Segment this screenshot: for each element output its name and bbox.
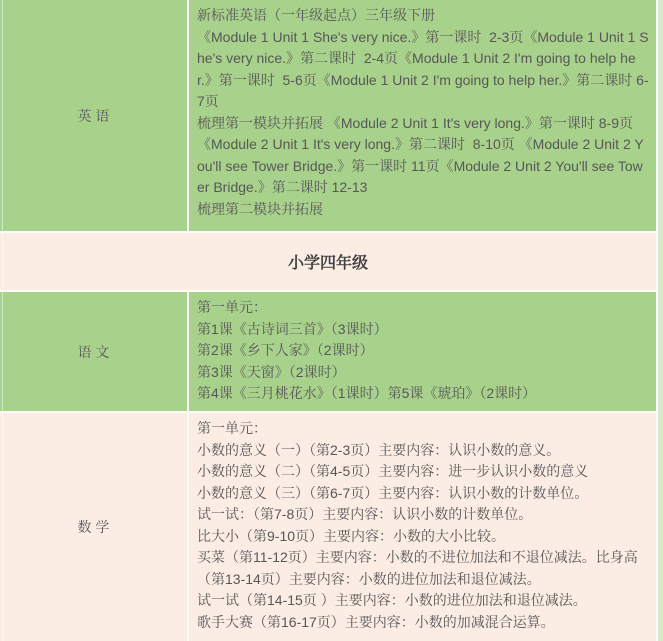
- subject-row-math: 数 学 第一单元： 小数的意义（一）（第2-3页）主要内容：认识小数的意义。 小…: [0, 413, 656, 641]
- curriculum-table: 英 语 新标准英语（一年级起点）三年级下册 《Module 1 Unit 1 S…: [0, 0, 656, 641]
- english-paragraph: 梳理第一模块并拓展 《Module 2 Unit 1 It's very lon…: [197, 113, 650, 199]
- math-paragraph: 小数的意义（一）（第2-3页）主要内容：认识小数的意义。: [197, 440, 650, 462]
- chinese-paragraph: 第一单元：: [197, 297, 650, 319]
- subject-label-chinese-text: 语 文: [78, 342, 110, 362]
- subject-label-math: 数 学: [0, 413, 189, 641]
- subject-label-math-text: 数 学: [78, 517, 110, 537]
- table-right-border: [656, 0, 663, 641]
- math-paragraph: 小数的意义（三）（第6-7页）主要内容：认识小数的计数单位。: [197, 483, 650, 505]
- grade-header-title: 小学四年级: [288, 250, 368, 273]
- math-paragraph: 歌手大赛（第16-17页）主要内容：小数的加减混合运算。: [197, 612, 650, 634]
- subject-content-english: 新标准英语（一年级起点）三年级下册 《Module 1 Unit 1 She's…: [189, 0, 656, 231]
- chinese-paragraph: 第1课《古诗词三首》（3课时）: [197, 319, 650, 341]
- subject-content-chinese: 第一单元： 第1课《古诗词三首》（3课时） 第2课《乡下人家》（2课时） 第3课…: [189, 292, 656, 411]
- english-paragraph: 梳理第二模块并拓展: [197, 199, 650, 221]
- table-left-hairline: [2, 0, 3, 641]
- math-paragraph: 小数的意义（二）（第4-5页）主要内容：进一步认识小数的意义: [197, 461, 650, 483]
- subject-row-chinese: 语 文 第一单元： 第1课《古诗词三首》（3课时） 第2课《乡下人家》（2课时）…: [0, 292, 656, 413]
- math-paragraph: 买菜（第11-12页）主要内容：小数的不进位加法和不退位减法。比身高（第13-1…: [197, 547, 650, 590]
- math-paragraph: 比大小（第9-10页）主要内容：小数的大小比较。: [197, 526, 650, 548]
- subject-label-chinese: 语 文: [0, 292, 189, 411]
- subject-label-english-text: 英 语: [78, 106, 110, 126]
- math-paragraph: 试一试（第14-15页 ）主要内容：小数的进位加法和退位减法。: [197, 590, 650, 612]
- chinese-paragraph: 第3课《天窗》（2课时）: [197, 362, 650, 384]
- english-paragraph: 《Module 1 Unit 1 She's very nice.》第一课时 2…: [197, 27, 650, 113]
- grade-header-band: 小学四年级: [0, 233, 656, 292]
- math-paragraph: 试一试：（第7-8页）主要内容：认识小数的计数单位。: [197, 504, 650, 526]
- chinese-paragraph: 第4课《三月桃花水》（1课时）第5课《琥珀》（2课时）: [197, 383, 650, 405]
- subject-label-english: 英 语: [0, 0, 189, 231]
- chinese-paragraph: 第2课《乡下人家》（2课时）: [197, 340, 650, 362]
- subject-content-math: 第一单元： 小数的意义（一）（第2-3页）主要内容：认识小数的意义。 小数的意义…: [189, 413, 656, 641]
- curriculum-page: 英 语 新标准英语（一年级起点）三年级下册 《Module 1 Unit 1 S…: [0, 0, 663, 641]
- math-paragraph: 第一单元：: [197, 418, 650, 440]
- english-paragraph: 新标准英语（一年级起点）三年级下册: [197, 5, 650, 27]
- subject-row-english: 英 语 新标准英语（一年级起点）三年级下册 《Module 1 Unit 1 S…: [0, 0, 656, 233]
